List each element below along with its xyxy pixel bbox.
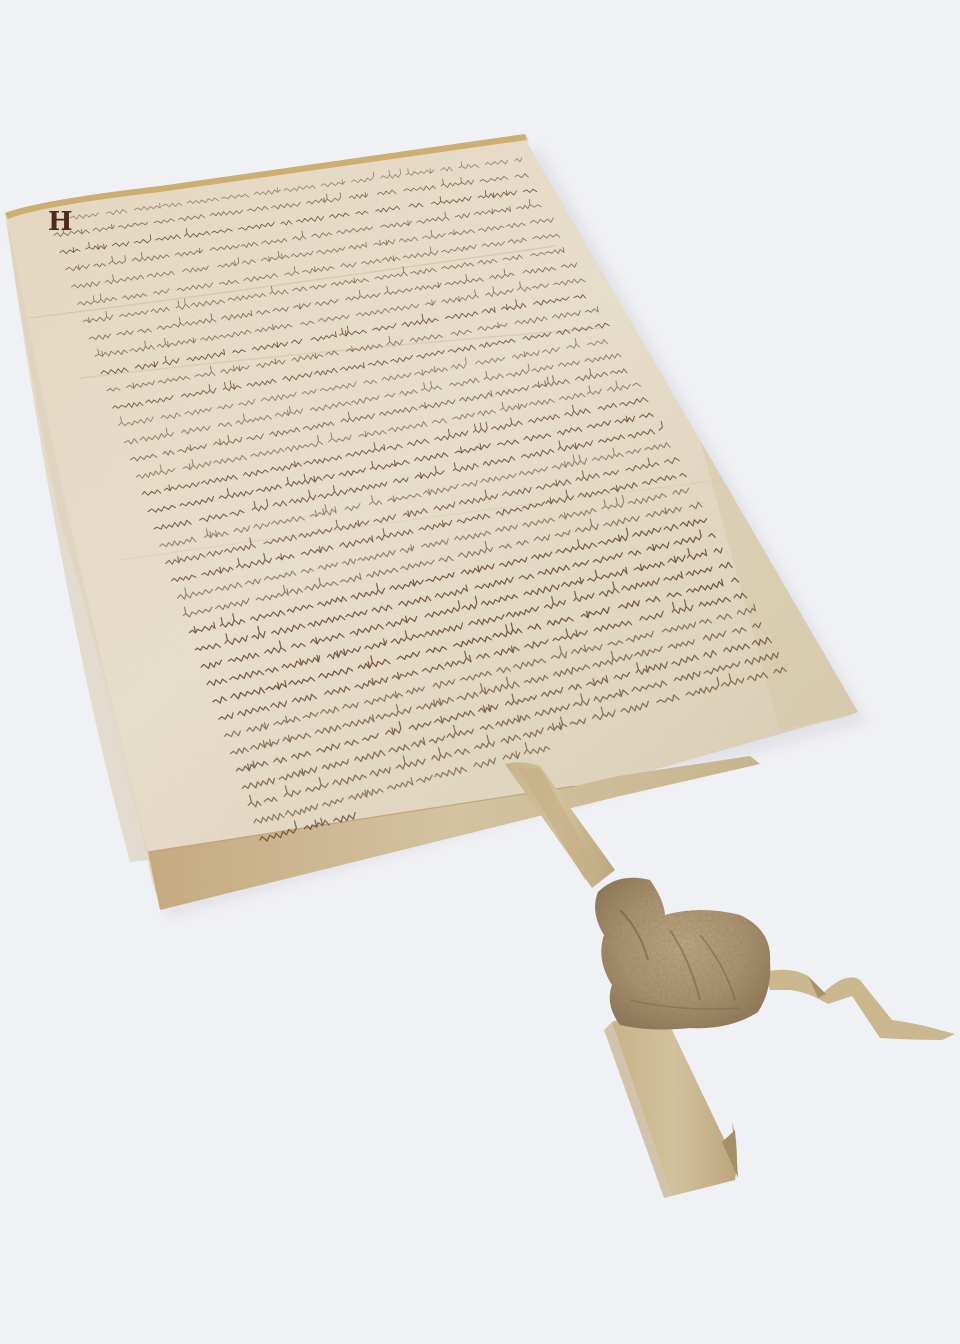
tag-strip-right: [765, 970, 955, 1040]
charter-photo: H: [0, 0, 960, 1344]
photo-scene: H: [0, 0, 960, 1344]
seal-assembly: [505, 762, 955, 1198]
parchment-sheet: [5, 134, 858, 910]
tag-strip-lower: [612, 1018, 737, 1196]
illuminated-initial: H: [48, 207, 73, 237]
initial-letter: H: [48, 207, 73, 237]
